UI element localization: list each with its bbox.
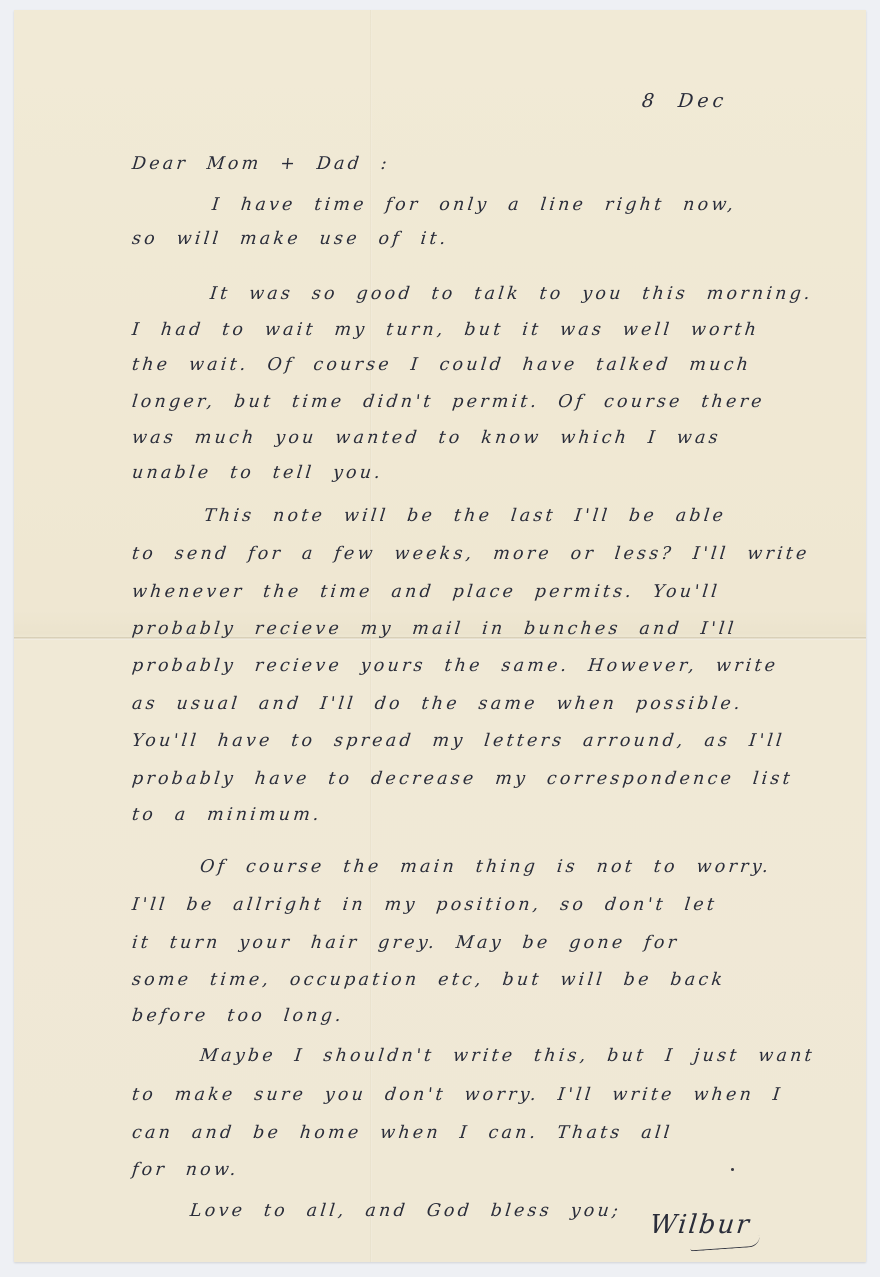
body-line: Maybe I shouldn't write this, but I just… bbox=[199, 1046, 816, 1066]
body-line: it turn your hair grey. May be gone for bbox=[131, 933, 680, 953]
body-line: to a minimum. bbox=[131, 805, 323, 825]
body-line: probably recieve yours the same. However… bbox=[131, 656, 779, 676]
body-line: some time, occupation etc, but will be b… bbox=[131, 970, 726, 990]
body-line: probably have to decrease my corresponde… bbox=[131, 769, 794, 789]
body-line: longer, but time didn't permit. Of cours… bbox=[131, 392, 766, 412]
body-line: so will make use of it. bbox=[131, 229, 450, 249]
body-line: It was so good to talk to you this morni… bbox=[209, 284, 814, 304]
body-line: can and be home when I can. Thats all bbox=[131, 1123, 674, 1143]
body-line: I had to wait my turn, but it was well w… bbox=[131, 320, 760, 340]
body-line: Of course the main thing is not to worry… bbox=[199, 857, 772, 877]
body-line: You'll have to spread my letters arround… bbox=[131, 731, 786, 751]
body-line: I have time for only a line right now, bbox=[211, 195, 737, 215]
body-line: to send for a few weeks, more or less? I… bbox=[131, 544, 811, 564]
body-line: whenever the time and place permits. You… bbox=[131, 582, 721, 602]
letter-paper: 8 Dec Dear Mom + Dad : I have time for o… bbox=[14, 10, 866, 1262]
body-line: I'll be allright in my position, so don'… bbox=[131, 895, 718, 915]
body-line: the wait. Of course I could have talked … bbox=[131, 355, 752, 375]
body-line: to make sure you don't worry. I'll write… bbox=[131, 1085, 784, 1105]
body-line: for now. bbox=[131, 1160, 240, 1180]
salutation: Dear Mom + Dad : bbox=[131, 154, 391, 174]
closing-line: Love to all, and God bless you; bbox=[189, 1201, 622, 1221]
body-line: as usual and I'll do the same when possi… bbox=[131, 694, 744, 714]
body-line: before too long. bbox=[131, 1006, 345, 1026]
body-line: probably recieve my mail in bunches and … bbox=[131, 619, 738, 639]
body-line: unable to tell you. bbox=[131, 463, 384, 483]
ink-speck bbox=[731, 1168, 734, 1171]
body-line: This note will be the last I'll be able bbox=[203, 506, 727, 526]
signature: Wilbur bbox=[648, 1210, 752, 1240]
letter-date: 8 Dec bbox=[641, 90, 729, 112]
body-line: was much you wanted to know which I was bbox=[131, 428, 722, 448]
